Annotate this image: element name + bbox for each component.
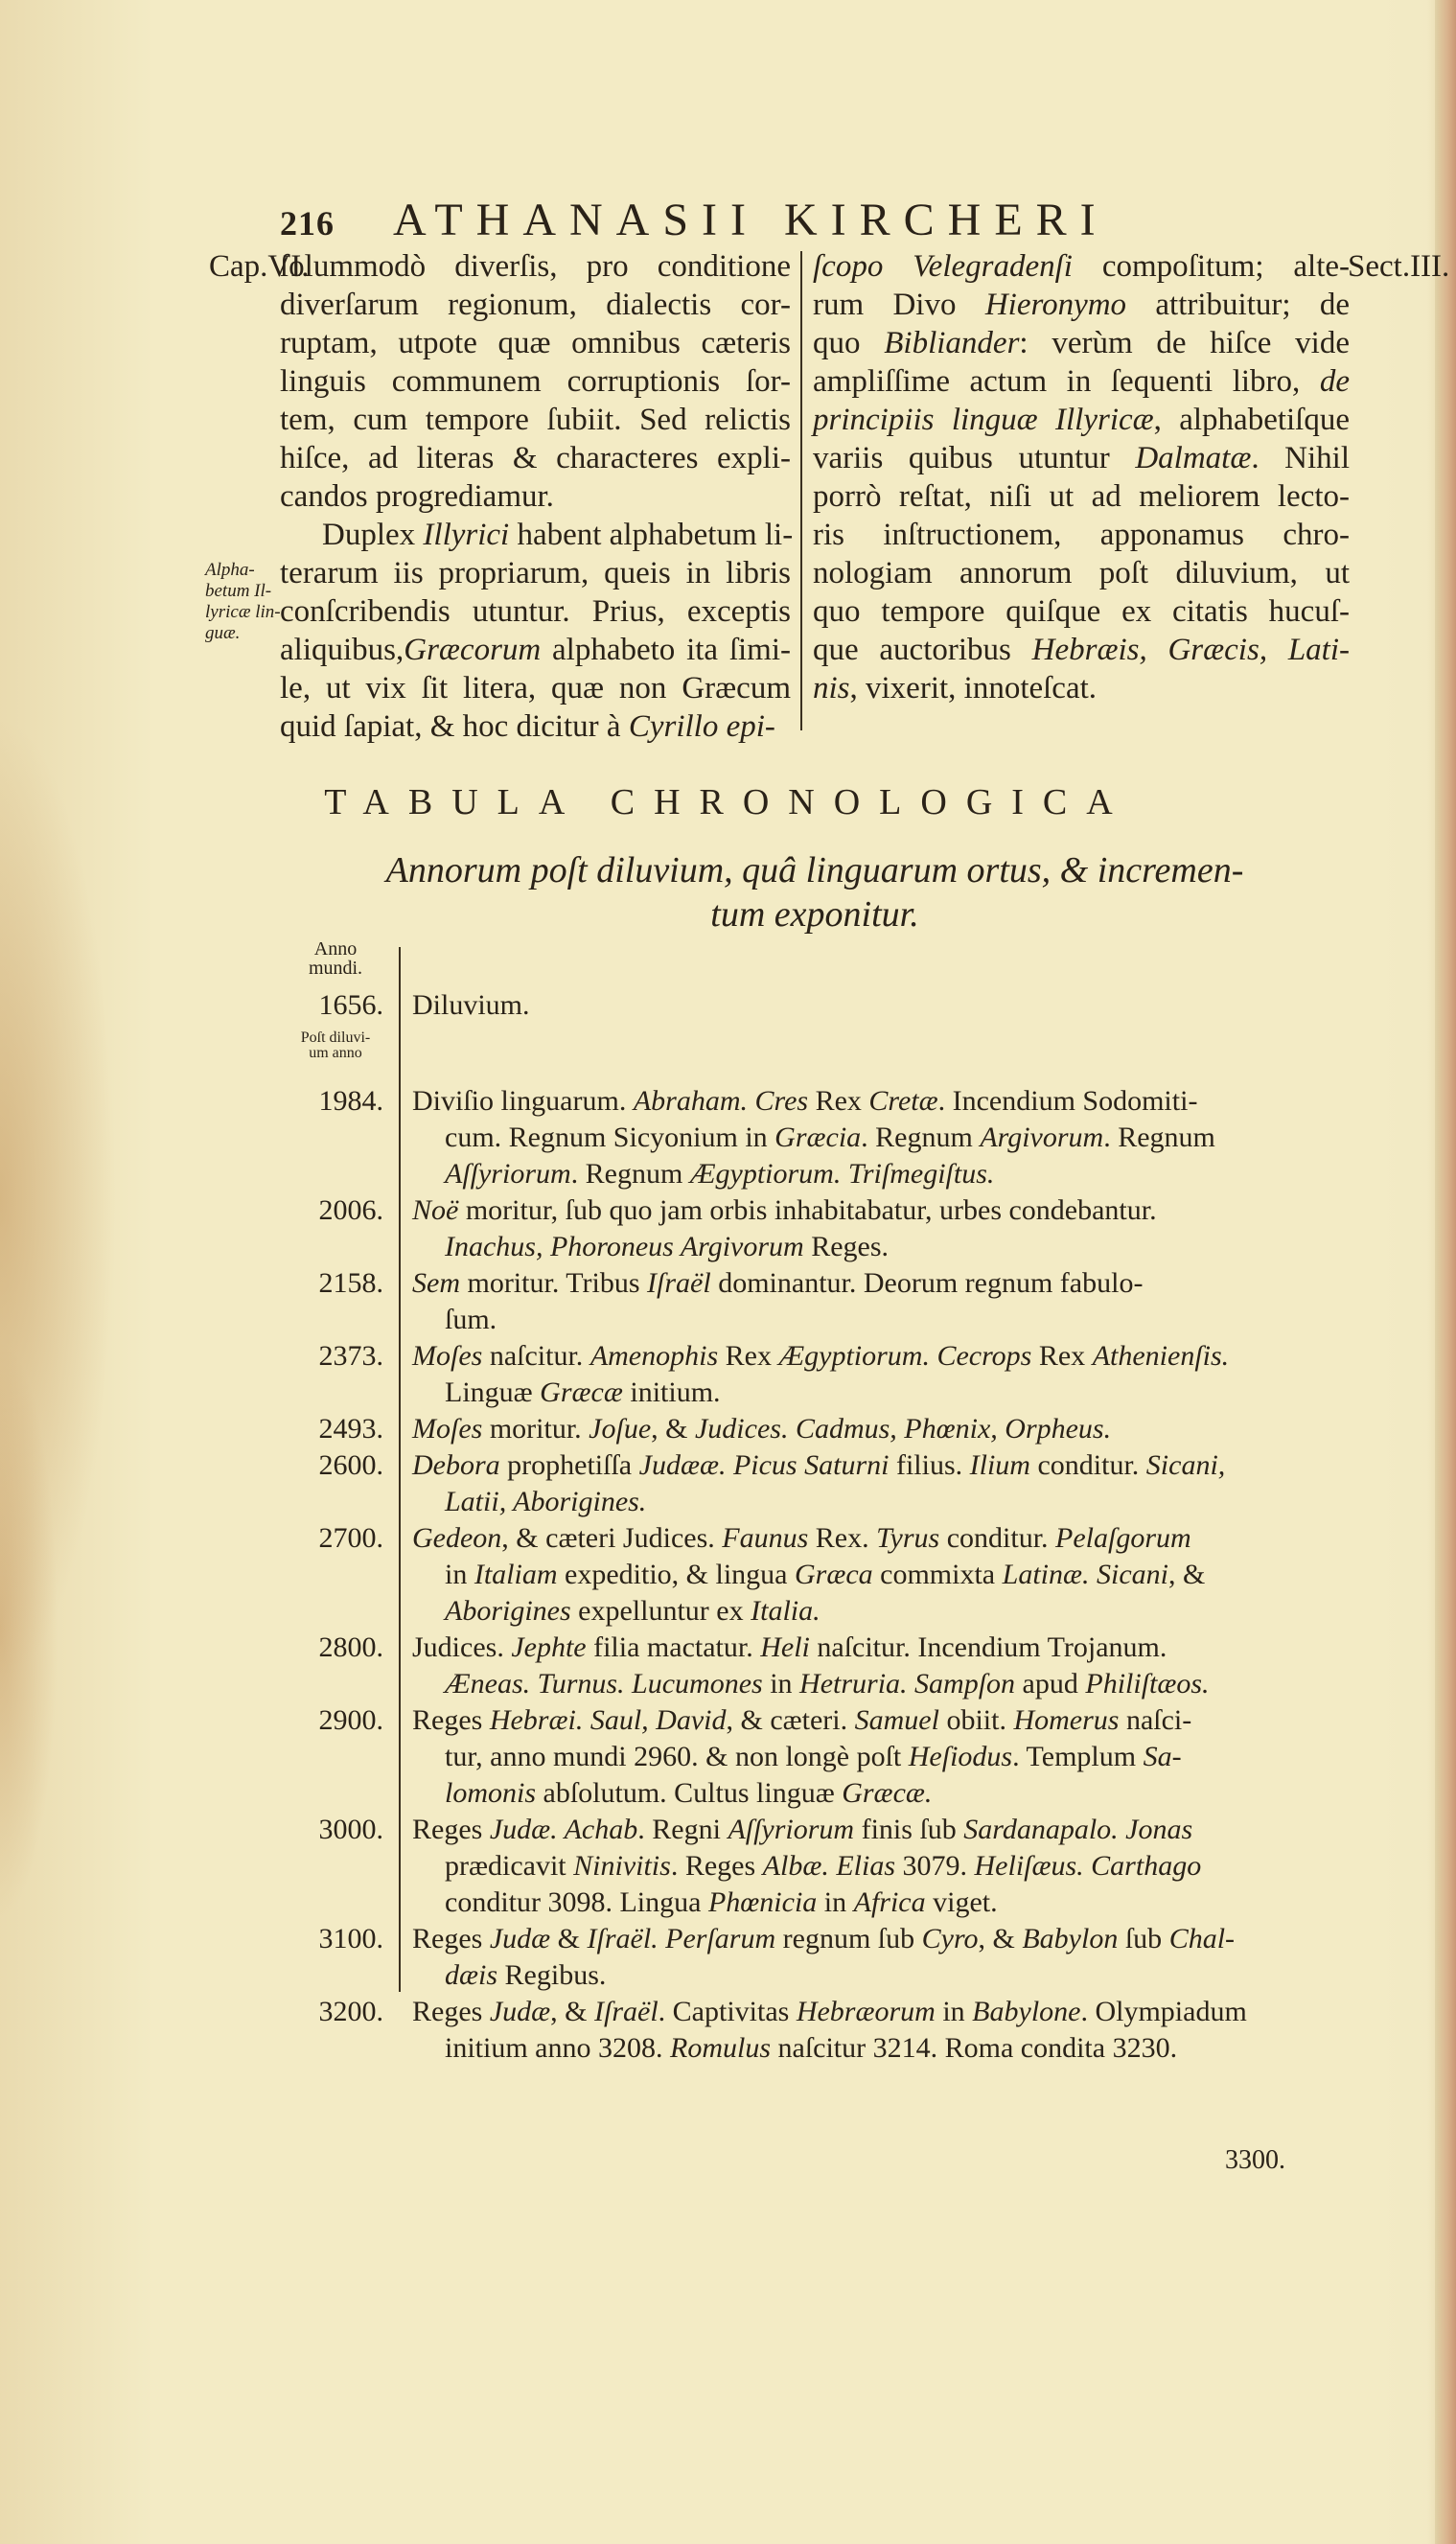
text: . Reges <box>671 1850 763 1882</box>
text: diverſarum regionum, dialectis cor- <box>280 288 791 322</box>
chronology-row: 2158.Sem moritur. Tribus Iſraël dominant… <box>288 1265 1390 1338</box>
italic-text: Homerus <box>1013 1704 1119 1736</box>
text: . Nihil <box>1251 441 1350 475</box>
italic-text: Tyrus <box>876 1522 939 1554</box>
text: . Incendium Sodomiti- <box>938 1085 1198 1117</box>
text-line: diverſarum regionum, dialectis cor- <box>280 286 791 324</box>
italic-text: Jephte <box>511 1631 586 1663</box>
text-line: nis, vixerit, innoteſcat. <box>813 669 1350 707</box>
text-line: candos progrediamur. <box>280 477 791 516</box>
text: , & cæteri. <box>726 1704 854 1736</box>
text: alphabeto ita ſimi- <box>541 633 791 667</box>
event-line: Diluvium. <box>412 987 1390 1024</box>
event-cell: Reges Judæ & Iſraël. Perſarum regnum ſub… <box>412 1921 1390 1994</box>
text-line: nologiam annorum poſt diluvium, ut <box>813 554 1350 592</box>
event-line: cum. Regnum Sicyonium in Græcia. Regnum … <box>412 1120 1390 1156</box>
chronology-row: 3000.Reges Judæ. Achab. Regni Aſſyriorum… <box>288 1812 1390 1921</box>
italic-text: Ægyptiorum. Cecrops <box>778 1340 1031 1372</box>
italic-text: Græcæ. <box>842 1777 932 1809</box>
text: Judices. <box>412 1631 511 1663</box>
italic-text: Dalmatæ <box>1135 441 1251 475</box>
italic-text: Ilium <box>970 1449 1030 1481</box>
italic-text: Aſſyriorum <box>728 1814 854 1845</box>
chronology-row: 2373.Moſes naſcitur. Amenophis Rex Ægypt… <box>288 1338 1390 1411</box>
text: : verùm de hiſce vide <box>1019 326 1350 360</box>
italic-text: Bibliander <box>884 326 1019 360</box>
italic-text: Judices. Cadmus, Phœnix, Orpheus. <box>695 1413 1111 1445</box>
italic-text: principiis linguæ Illyricæ <box>813 403 1154 437</box>
text: Linguæ <box>445 1376 540 1408</box>
italic-text: Noë <box>412 1194 458 1226</box>
italic-text: Aborigines <box>445 1595 571 1627</box>
italic-text: Hetruria. Sampſon <box>799 1668 1015 1700</box>
year-column-header: Anno mundi. <box>288 939 383 978</box>
text: . Captivitas <box>659 1996 797 2027</box>
italic-text: Heliſæus. Carthago <box>975 1850 1202 1882</box>
italic-text: lomonis <box>445 1777 536 1809</box>
year-cell: 2900. <box>288 1702 383 1739</box>
italic-text: Judææ. Picus Saturni <box>639 1449 890 1481</box>
event-line: Debora prophetiſſa Judææ. Picus Saturni … <box>412 1447 1390 1484</box>
italic-text: Pelaſgorum <box>1055 1522 1191 1554</box>
page-number: 216 <box>280 203 335 243</box>
text: naſcitur. <box>482 1340 589 1372</box>
chronology-row: 2493.Moſes moritur. Joſue, & Judices. Ca… <box>288 1411 1390 1447</box>
text: linguis communem corruptionis ſor- <box>280 364 791 399</box>
italic-text: Hieronymo <box>985 288 1126 322</box>
text: initium anno 3208. <box>445 2032 670 2064</box>
italic-text: Aſſyriorum <box>445 1158 571 1190</box>
italic-text: Ninivitis <box>573 1850 671 1882</box>
year-cell: 1656. <box>288 987 383 1024</box>
italic-text: Romulus <box>670 2032 771 2064</box>
text: candos progrediamur. <box>280 479 554 514</box>
chronology-table: 1656.Diluvium.1984.Diviſio linguarum. Ab… <box>288 987 1390 2067</box>
event-line: Diviſio linguarum. Abraham. Cres Rex Cre… <box>412 1083 1390 1120</box>
event-cell: Reges Hebræi. Saul, David, & cæteri. Sam… <box>412 1702 1390 1812</box>
text: attribuitur; de <box>1126 288 1350 322</box>
italic-text: Albæ. Elias <box>763 1850 895 1882</box>
event-cell: Judices. Jephte filia mactatur. Heli naſ… <box>412 1630 1390 1702</box>
event-line: Aſſyriorum. Regnum Ægyptiorum. Triſmegiſ… <box>412 1156 1390 1192</box>
italic-text: Sem <box>412 1267 460 1299</box>
italic-text: Heli <box>760 1631 810 1663</box>
text: apud <box>1015 1668 1085 1700</box>
text: Rex <box>718 1340 778 1372</box>
italic-text: Græcia <box>774 1122 861 1153</box>
text: naſcitur 3214. Roma condita 3230. <box>771 2032 1177 2064</box>
text: ſub <box>1118 1923 1168 1954</box>
year-cell: 3100. <box>288 1921 383 1957</box>
table-subtitle: Annorum poſt diluvium, quâ linguarum ort… <box>364 848 1265 937</box>
event-line: Moſes moritur. Joſue, & Judices. Cadmus,… <box>412 1411 1390 1447</box>
column-header-line: Anno <box>288 939 383 959</box>
text: obiit. <box>939 1704 1014 1736</box>
event-line: Reges Hebræi. Saul, David, & cæteri. Sam… <box>412 1702 1390 1739</box>
italic-text: ſcopo Velegradenſi <box>813 249 1073 284</box>
italic-text: Hebræi. Saul, David <box>490 1704 727 1736</box>
text-line: aliquibus,Græcorum alphabeto ita ſimi- <box>280 631 791 669</box>
italic-text: Iſraël. Perſarum <box>588 1923 776 1954</box>
text: , vixerit, innoteſcat. <box>850 671 1098 705</box>
italic-text: Moſes <box>412 1340 482 1372</box>
event-line: Æneas. Turnus. Lucumones in Hetruria. Sa… <box>412 1666 1390 1702</box>
text: Rex. <box>808 1522 876 1554</box>
event-cell: Diviſio linguarum. Abraham. Cres Rex Cre… <box>412 1083 1390 1192</box>
text-line: linguis communem corruptionis ſor- <box>280 362 791 401</box>
italic-text: Græcæ <box>540 1376 623 1408</box>
event-cell: Noë moritur, ſub quo jam orbis inhabitab… <box>412 1192 1390 1265</box>
text: prædicavit <box>445 1850 573 1882</box>
text: initium. <box>623 1376 721 1408</box>
text: Rex <box>808 1085 868 1117</box>
italic-text: nis <box>813 671 850 705</box>
text: . Regnum <box>571 1158 690 1190</box>
event-line: Noë moritur, ſub quo jam orbis inhabitab… <box>412 1192 1390 1229</box>
italic-text: Heſiodus <box>909 1741 1012 1772</box>
book-page: 216 ATHANASII KIRCHERI Cap.VI. Sect.III.… <box>0 0 1456 2544</box>
italic-text: Gedeon <box>412 1522 501 1554</box>
event-line: Reges Judæ & Iſraël. Perſarum regnum ſub… <box>412 1921 1390 1957</box>
text: ſum. <box>445 1304 497 1335</box>
catchword-year: 3300. <box>1225 2145 1285 2176</box>
text-line: variis quibus utuntur Dalmatæ. Nihil <box>813 439 1350 477</box>
text-line: le, ut vix ſit litera, quæ non Græcum <box>280 669 791 707</box>
text: conſcribendis utuntur. Prius, exceptis <box>280 594 791 629</box>
italic-text: Cretæ <box>868 1085 937 1117</box>
text-line: conſcribendis utuntur. Prius, exceptis <box>280 592 791 631</box>
event-line: conditur 3098. Lingua Phœnicia in Africa… <box>412 1885 1390 1921</box>
event-line: Sem moritur. Tribus Iſraël dominantur. D… <box>412 1265 1390 1302</box>
italic-text: Inachus, Phoroneus Argivorum <box>445 1231 804 1262</box>
table-title: TABULA CHRONOLOGICA <box>0 781 1456 823</box>
text: viget. <box>926 1886 998 1918</box>
event-cell: Reges Judæ, & Iſraël. Captivitas Hebræor… <box>412 1994 1390 2067</box>
text: , & <box>979 1923 1023 1954</box>
year-cell: 2158. <box>288 1265 383 1302</box>
text-line: Duplex Illyrici habent alphabetum li- <box>280 516 791 554</box>
margin-section-label: Sect.III. <box>1348 247 1449 286</box>
table-subtitle-line: tum exponitur. <box>364 892 1265 937</box>
text: , & <box>550 1996 594 2027</box>
italic-text: Iſraël <box>647 1267 711 1299</box>
text: naſcitur. Incendium Trojanum. <box>810 1631 1167 1663</box>
event-line: Judices. Jephte filia mactatur. Heli naſ… <box>412 1630 1390 1666</box>
italic-text: Sardanapalo. Jonas <box>963 1814 1192 1845</box>
text: Diluvium. <box>412 989 530 1021</box>
italic-text: Latii, Aborigines. <box>445 1486 646 1517</box>
text: & <box>550 1923 587 1954</box>
italic-text: Italiam <box>474 1559 558 1590</box>
year-cell: 3200. <box>288 1994 383 2030</box>
margin-note-line: betum Il- <box>205 581 282 602</box>
italic-text: Italia. <box>751 1595 820 1627</box>
text: Reges <box>412 1704 490 1736</box>
italic-text: Athenienſis. <box>1093 1340 1229 1372</box>
italic-text: Græca <box>795 1559 873 1590</box>
text-line: porrò reſtat, niſi ut ad meliorem lecto- <box>813 477 1350 516</box>
italic-text: de <box>1320 364 1350 399</box>
italic-text: Faunus <box>722 1522 808 1554</box>
text: filius. <box>889 1449 969 1481</box>
text: le, ut vix ſit litera, quæ non Græcum <box>280 671 791 705</box>
text: Duplex <box>322 518 423 552</box>
text-line: que auctoribus Hebræis, Græcis, Lati- <box>813 631 1350 669</box>
text-line: quid ſapiat, & hoc dicitur à Cyrillo epi… <box>280 707 791 746</box>
year-cell: 2600. <box>288 1447 383 1484</box>
event-cell: Moſes moritur. Joſue, & Judices. Cadmus,… <box>412 1411 1390 1447</box>
italic-text: Latinæ. Sicani <box>1003 1559 1168 1590</box>
italic-text: Judæ <box>490 1923 550 1954</box>
text: . Regni <box>637 1814 728 1845</box>
text-line: ris inſtructionem, apponamus chro- <box>813 516 1350 554</box>
text: conditur 3098. Lingua <box>445 1886 708 1918</box>
event-line: Reges Judæ, & Iſraël. Captivitas Hebræor… <box>412 1994 1390 2030</box>
text: prophetiſſa <box>500 1449 639 1481</box>
chronology-row: 3200.Reges Judæ, & Iſraël. Captivitas He… <box>288 1994 1390 2067</box>
chronology-row: 2800.Judices. Jephte filia mactatur. Hel… <box>288 1630 1390 1702</box>
text-line: ſcopo Velegradenſi compoſitum; alte- <box>813 247 1350 286</box>
event-line: Gedeon, & cæteri Judices. Faunus Rex. Ty… <box>412 1520 1390 1557</box>
italic-text: Hebræorum <box>797 1996 936 2027</box>
text-line: tem, cum tempore ſubiit. Sed relictis <box>280 401 791 439</box>
text: dominantur. Deorum regnum fabulo- <box>711 1267 1144 1299</box>
text: ſolummodò diverſis, pro conditione <box>280 249 791 284</box>
text-line: ſolummodò diverſis, pro conditione <box>280 247 791 286</box>
italic-text: Abraham. Cres <box>634 1085 808 1117</box>
event-line: Latii, Aborigines. <box>412 1484 1390 1520</box>
text: moritur. Tribus <box>460 1267 647 1299</box>
italic-text: Amenophis <box>590 1340 718 1372</box>
text: . Regnum <box>861 1122 980 1153</box>
event-line: initium anno 3208. Romulus naſcitur 3214… <box>412 2030 1390 2067</box>
text: compoſitum; alte- <box>1073 249 1350 284</box>
text: ruptam, utpote quæ omnibus cæteris <box>280 326 791 360</box>
italic-text: Babylone <box>972 1996 1080 2027</box>
event-line: dæis Regibus. <box>412 1957 1390 1994</box>
text: in <box>445 1559 474 1590</box>
left-text-column: ſolummodò diverſis, pro conditionediverſ… <box>280 247 791 746</box>
column-header-line: mundi. <box>288 959 383 978</box>
event-line: Moſes naſcitur. Amenophis Rex Ægyptiorum… <box>412 1338 1390 1375</box>
text: in <box>763 1668 799 1700</box>
text: que auctoribus <box>813 633 1032 667</box>
italic-text: Philiſtæos. <box>1085 1668 1209 1700</box>
text: quo <box>813 326 884 360</box>
text: . Olympiadum <box>1080 1996 1246 2027</box>
chronology-row: 2700.Gedeon, & cæteri Judices. Faunus Re… <box>288 1520 1390 1630</box>
text: nologiam annorum poſt diluvium, ut <box>813 556 1350 590</box>
italic-text: Illyrici <box>423 518 509 552</box>
event-line: ſum. <box>412 1302 1390 1338</box>
italic-text: Africa <box>854 1886 926 1918</box>
event-cell: Debora prophetiſſa Judææ. Picus Saturni … <box>412 1447 1390 1520</box>
text: , & <box>1168 1559 1205 1590</box>
text: , & cæteri Judices. <box>501 1522 722 1554</box>
italic-text: dæis <box>445 1959 497 1991</box>
year-cell: 2493. <box>288 1411 383 1447</box>
text: naſci- <box>1119 1704 1191 1736</box>
text: abſolutum. Cultus linguæ <box>536 1777 842 1809</box>
chronology-row: 2600.Debora prophetiſſa Judææ. Picus Sat… <box>288 1447 1390 1520</box>
year-cell: 3000. <box>288 1812 383 1848</box>
text: habent alphabetum li- <box>509 518 793 552</box>
text: Reges <box>412 1996 490 2027</box>
text: variis quibus utuntur <box>813 441 1135 475</box>
year-cell: 1984. <box>288 1083 383 1120</box>
event-line: Inachus, Phoroneus Argivorum Reges. <box>412 1229 1390 1265</box>
text: regnum ſub <box>775 1923 921 1954</box>
italic-text: Judæ. Achab <box>490 1814 637 1845</box>
italic-text: Hebræis, Græcis, Lati- <box>1032 633 1350 667</box>
italic-text: Debora <box>412 1449 500 1481</box>
event-line: Aborigines expelluntur ex Italia. <box>412 1593 1390 1630</box>
text: terarum iis propriarum, queis in libris <box>280 556 791 590</box>
year-cell: 2800. <box>288 1630 383 1666</box>
text-line: hiſce, ad literas & characteres expli- <box>280 439 791 477</box>
text: conditur. <box>1030 1449 1146 1481</box>
text-line: terarum iis propriarum, queis in libris <box>280 554 791 592</box>
event-line: Linguæ Græcæ initium. <box>412 1375 1390 1411</box>
text: finis ſub <box>854 1814 963 1845</box>
text: Regibus. <box>497 1959 606 1991</box>
text-line: principiis linguæ Illyricæ, alphabetiſqu… <box>813 401 1350 439</box>
italic-text: Argivorum <box>980 1122 1103 1153</box>
margin-note-line: guæ. <box>205 623 282 644</box>
text: in <box>936 1996 972 2027</box>
text: Rex <box>1031 1340 1092 1372</box>
text: moritur, ſub quo jam orbis inhabitabatur… <box>458 1194 1156 1226</box>
text-line: ruptam, utpote quæ omnibus cæteris <box>280 324 791 362</box>
text: tur, anno mundi 2960. & non longè poſt <box>445 1741 909 1772</box>
event-cell: Reges Judæ. Achab. Regni Aſſyriorum fini… <box>412 1812 1390 1921</box>
text: Reges. <box>804 1231 889 1262</box>
text: . Regnum <box>1103 1122 1215 1153</box>
text: . Templum <box>1012 1741 1144 1772</box>
italic-text: Ægyptiorum. Triſmegiſtus. <box>690 1158 995 1190</box>
italic-text: Judæ <box>490 1996 550 2027</box>
margin-note-line: lyricæ lin- <box>205 602 282 623</box>
year-cell: 2700. <box>288 1520 383 1557</box>
chronology-row: 2900.Reges Hebræi. Saul, David, & cæteri… <box>288 1702 1390 1812</box>
italic-text: Samuel <box>855 1704 939 1736</box>
italic-text: Sa- <box>1144 1741 1182 1772</box>
italic-text: Cyro <box>922 1923 979 1954</box>
margin-note-line: Alpha- <box>205 560 282 581</box>
event-line: in Italiam expeditio, & lingua Græca com… <box>412 1557 1390 1593</box>
chronology-row: 1656.Diluvium. <box>288 987 1390 1024</box>
text: ris inſtructionem, apponamus chro- <box>813 518 1350 552</box>
italic-text: Chal- <box>1169 1923 1235 1954</box>
text: Diviſio linguarum. <box>412 1085 634 1117</box>
text: expeditio, & lingua <box>558 1559 795 1590</box>
table-subtitle-line: Annorum poſt diluvium, quâ linguarum ort… <box>364 848 1265 892</box>
text: rum Divo <box>813 288 985 322</box>
event-cell: Moſes naſcitur. Amenophis Rex Ægyptiorum… <box>412 1338 1390 1411</box>
text: filia mactatur. <box>587 1631 761 1663</box>
text-line: rum Divo Hieronymo attribuitur; de <box>813 286 1350 324</box>
italic-text: Æneas. Turnus. Lucumones <box>445 1668 763 1700</box>
italic-text: Sicani, <box>1146 1449 1226 1481</box>
text: aliquibus, <box>280 633 404 667</box>
text: Reges <box>412 1814 490 1845</box>
text: , & <box>651 1413 695 1445</box>
text: cum. Regnum Sicyonium in <box>445 1122 774 1153</box>
text: 3079. <box>895 1850 975 1882</box>
page-edge <box>1435 0 1456 2544</box>
text: ampliſſime actum in ſequenti libro, <box>813 364 1320 399</box>
event-line: Reges Judæ. Achab. Regni Aſſyriorum fini… <box>412 1812 1390 1848</box>
year-cell: 2006. <box>288 1192 383 1229</box>
text: moritur. <box>482 1413 589 1445</box>
event-cell: Sem moritur. Tribus Iſraël dominantur. D… <box>412 1265 1390 1338</box>
event-cell: Diluvium. <box>412 987 1390 1024</box>
text: conditur. <box>939 1522 1055 1554</box>
text: hiſce, ad literas & characteres expli- <box>280 441 791 475</box>
event-line: tur, anno mundi 2960. & non longè poſt H… <box>412 1739 1390 1775</box>
italic-text: Babylon <box>1022 1923 1118 1954</box>
chronology-row: 1984.Diviſio linguarum. Abraham. Cres Re… <box>288 1083 1390 1192</box>
italic-text: Moſes <box>412 1413 482 1445</box>
right-text-column: ſcopo Velegradenſi compoſitum; alte-rum … <box>813 247 1350 707</box>
chronology-row: 3100.Reges Judæ & Iſraël. Perſarum regnu… <box>288 1921 1390 1994</box>
italic-text: Joſue <box>589 1413 651 1445</box>
text-line: quo tempore quiſque ex citatis hucuſ- <box>813 592 1350 631</box>
margin-note: Alpha- betum Il- lyricæ lin- guæ. <box>205 560 282 644</box>
column-divider <box>800 251 802 730</box>
event-line: prædicavit Ninivitis. Reges Albæ. Elias … <box>412 1848 1390 1885</box>
event-cell: Gedeon, & cæteri Judices. Faunus Rex. Ty… <box>412 1520 1390 1630</box>
text: tem, cum tempore ſubiit. Sed relictis <box>280 403 791 437</box>
year-cell: 2373. <box>288 1338 383 1375</box>
running-head: ATHANASII KIRCHERI <box>393 194 1109 246</box>
italic-text: Phœnicia <box>708 1886 817 1918</box>
text: quo tempore quiſque ex citatis hucuſ- <box>813 594 1350 629</box>
text: porrò reſtat, niſi ut ad meliorem lecto- <box>813 479 1350 514</box>
text: , alphabetiſque <box>1154 403 1350 437</box>
text: quid ſapiat, & hoc dicitur à <box>280 709 629 744</box>
event-line: lomonis abſolutum. Cultus linguæ Græcæ. <box>412 1775 1390 1812</box>
text: expelluntur ex <box>571 1595 751 1627</box>
text: commixta <box>873 1559 1003 1590</box>
italic-text: Cyrillo epi- <box>629 709 775 744</box>
text-line: ampliſſime actum in ſequenti libro, de <box>813 362 1350 401</box>
italic-text: Græcorum <box>404 633 541 667</box>
italic-text: Iſraël <box>594 1996 659 2027</box>
text: in <box>817 1886 853 1918</box>
chronology-row: 2006.Noë moritur, ſub quo jam orbis inha… <box>288 1192 1390 1265</box>
text: Reges <box>412 1923 490 1954</box>
text-line: quo Bibliander: verùm de hiſce vide <box>813 324 1350 362</box>
